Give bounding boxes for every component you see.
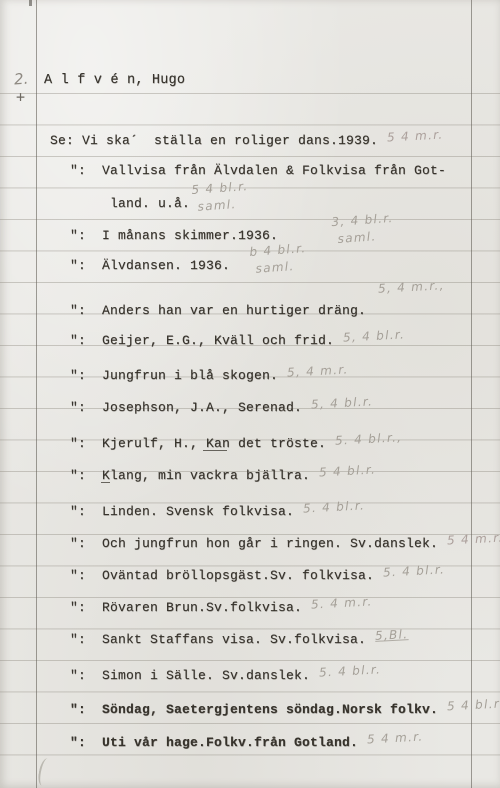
- typed-text: land. u.å.: [110, 196, 190, 211]
- typed-text: Se: Vi ska´ ställa en roliger dans.1939.: [50, 133, 378, 148]
- catalog-line: ": Sankt Staffans visa. Sv.folkvisa.5,Bl…: [70, 630, 408, 648]
- typed-text: ": Rövaren Brun.Sv.folkvisa.: [70, 600, 302, 615]
- pencil-annotation: 5. 4 bl.r.: [383, 562, 446, 579]
- typed-text: ": Anders han var en hurtiger dräng.: [70, 303, 366, 318]
- catalog-line: ": Kjerulf, H., Kan det tröste.5. 4 bl.r…: [70, 434, 402, 452]
- left-margin-line: [36, 0, 37, 788]
- catalog-line: land. u.å. 5 4 bl.r.saml.: [110, 194, 190, 212]
- card-number: 2.: [13, 70, 29, 89]
- pencil-annotation: 5. 4 bl.r.: [303, 498, 366, 515]
- pencil-annotation: 3, 4 bl.r.saml.: [332, 222, 394, 250]
- typed-text: ": Oväntad bröllopsgäst.Sv. folkvisa.: [70, 568, 374, 583]
- pencil-annotation: 5, 4 bl.r.: [311, 394, 374, 411]
- typed-text: ": Vallvisa från Älvdalen & Folkvisa frå…: [70, 163, 446, 178]
- typed-text: ": Jungfrun i blå skogen.: [70, 368, 278, 383]
- typed-text: ": Klang, min vackra bjällra.: [70, 468, 310, 483]
- catalog-line: ": Uti vår hage.Folkv.från Gotland.5 4 m…: [70, 733, 424, 751]
- catalog-card: 2. + A l f v é n, Hugo Se: Vi ska´ ställ…: [0, 0, 500, 788]
- pencil-annotation: 5, 4 m.r.,: [378, 278, 445, 295]
- catalog-line: ": Klang, min vackra bjällra.5 4 bl.r.: [70, 466, 376, 484]
- typed-text: ": Kjerulf, H., Kan det tröste.: [70, 436, 326, 451]
- pencil-annotation: b 4 bl.r.saml.: [250, 252, 307, 280]
- right-margin-line: [471, 0, 472, 788]
- card-ruled-lines: [0, 93, 500, 756]
- pencil-annotation: 5 4 m.r.: [367, 730, 424, 747]
- catalog-line: ": Jungfrun i blå skogen.5, 4 m.r.: [70, 366, 349, 384]
- pencil-annotation: 5 4 m.r.: [387, 128, 444, 145]
- catalog-line: ": Anders han var en hurtiger dräng. 5, …: [70, 301, 366, 319]
- pencil-annotation: 5. 4 bl.r.: [319, 662, 382, 679]
- typed-text: ": Uti vår hage.Folkv.från Gotland.: [70, 735, 358, 750]
- catalog-line: ": Oväntad bröllopsgäst.Sv. folkvisa.5. …: [70, 566, 445, 584]
- pencil-annotation: 5. 4 m.r.: [311, 594, 373, 611]
- underline-mark: [101, 482, 110, 483]
- typed-text: ": Simon i Sälle. Sv.danslek.: [70, 668, 310, 683]
- underline-mark: [203, 450, 227, 451]
- pencil-annotation: 5,Bl.: [375, 627, 409, 643]
- catalog-line: ": Josephson, J.A., Serenad.5, 4 bl.r.: [70, 398, 373, 416]
- pencil-annotation: 5, 4 bl.r.: [343, 327, 406, 344]
- pencil-annotation: 5 4 bl.r.: [319, 463, 377, 480]
- catalog-line: ": Linden. Svensk folkvisa.5. 4 bl.r.: [70, 502, 365, 520]
- pencil-annotation: 5, 4 m.r.: [287, 362, 349, 379]
- typed-text: ": Sankt Staffans visa. Sv.folkvisa.: [70, 632, 366, 647]
- typed-text: ": Geijer, E.G., Kväll och frid.: [70, 333, 334, 348]
- pencil-annotation: 5 4 m.r.: [447, 531, 500, 548]
- pencil-squiggle: [37, 757, 54, 787]
- typed-text: ": Linden. Svensk folkvisa.: [70, 504, 294, 519]
- typed-text: ": Och jungfrun hon går i ringen. Sv.dan…: [70, 536, 438, 551]
- catalog-line: ": Älvdansen. 1936. b 4 bl.r.saml.: [70, 256, 230, 274]
- catalog-line: ": Och jungfrun hon går i ringen. Sv.dan…: [70, 534, 500, 552]
- typed-text: ": Älvdansen. 1936.: [70, 258, 230, 273]
- catalog-line: ": Söndag, Saetergjentens söndag.Norsk f…: [70, 700, 500, 718]
- pencil-annotation: 5 4 bl.r: [447, 697, 500, 714]
- pencil-annotation: 5 4 bl.r.saml.: [192, 190, 249, 218]
- plus-mark: +: [16, 88, 25, 106]
- typed-text: ": Söndag, Saetergjentens söndag.Norsk f…: [70, 702, 438, 717]
- composer-name: A l f v é n, Hugo: [44, 73, 185, 88]
- catalog-line: Se: Vi ska´ ställa en roliger dans.1939.…: [50, 131, 444, 149]
- catalog-line: ": Geijer, E.G., Kväll och frid.5, 4 bl.…: [70, 331, 405, 349]
- scan-artifact: [29, 0, 32, 6]
- typed-text: ": Josephson, J.A., Serenad.: [70, 400, 302, 415]
- typed-text: ": I månans skimmer.1936.: [70, 228, 278, 243]
- catalog-line: ": Vallvisa från Älvdalen & Folkvisa frå…: [70, 161, 446, 179]
- pencil-annotation: 5. 4 bl.r.,: [335, 430, 403, 448]
- composer-heading: A l f v é n, Hugo: [44, 70, 185, 89]
- catalog-line: ": Simon i Sälle. Sv.danslek.5. 4 bl.r.: [70, 666, 381, 684]
- catalog-line: ": Rövaren Brun.Sv.folkvisa.5. 4 m.r.: [70, 598, 373, 616]
- catalog-line: ": I månans skimmer.1936. 3, 4 bl.r.saml…: [70, 226, 278, 244]
